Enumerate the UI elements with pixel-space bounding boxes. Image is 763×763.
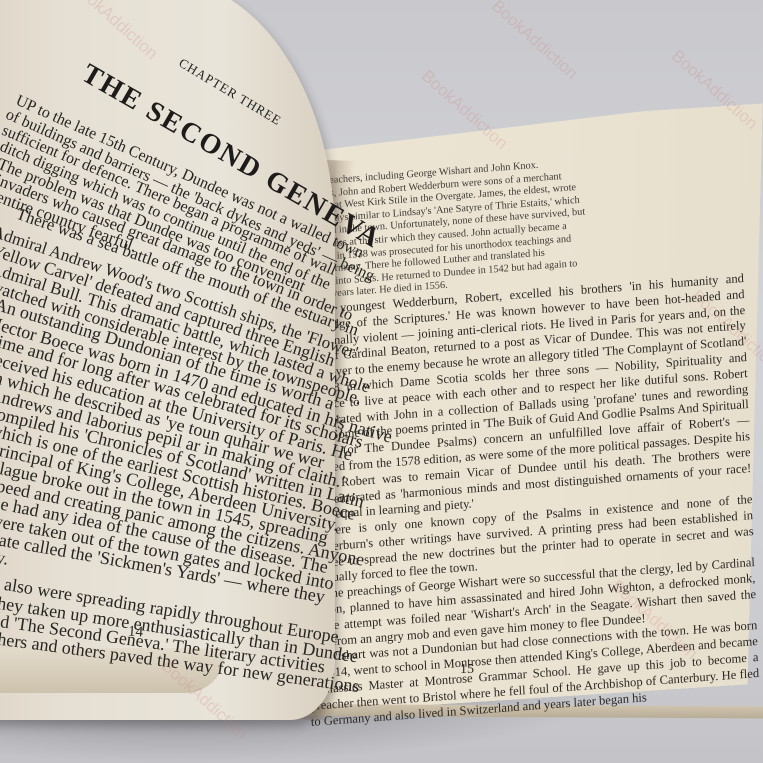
page-number-left: 14 bbox=[127, 623, 143, 641]
paragraph-wedderburn: The youngest Wedderburn, Robert, excelle… bbox=[295, 271, 752, 525]
page-number-right: 15 bbox=[460, 662, 474, 678]
